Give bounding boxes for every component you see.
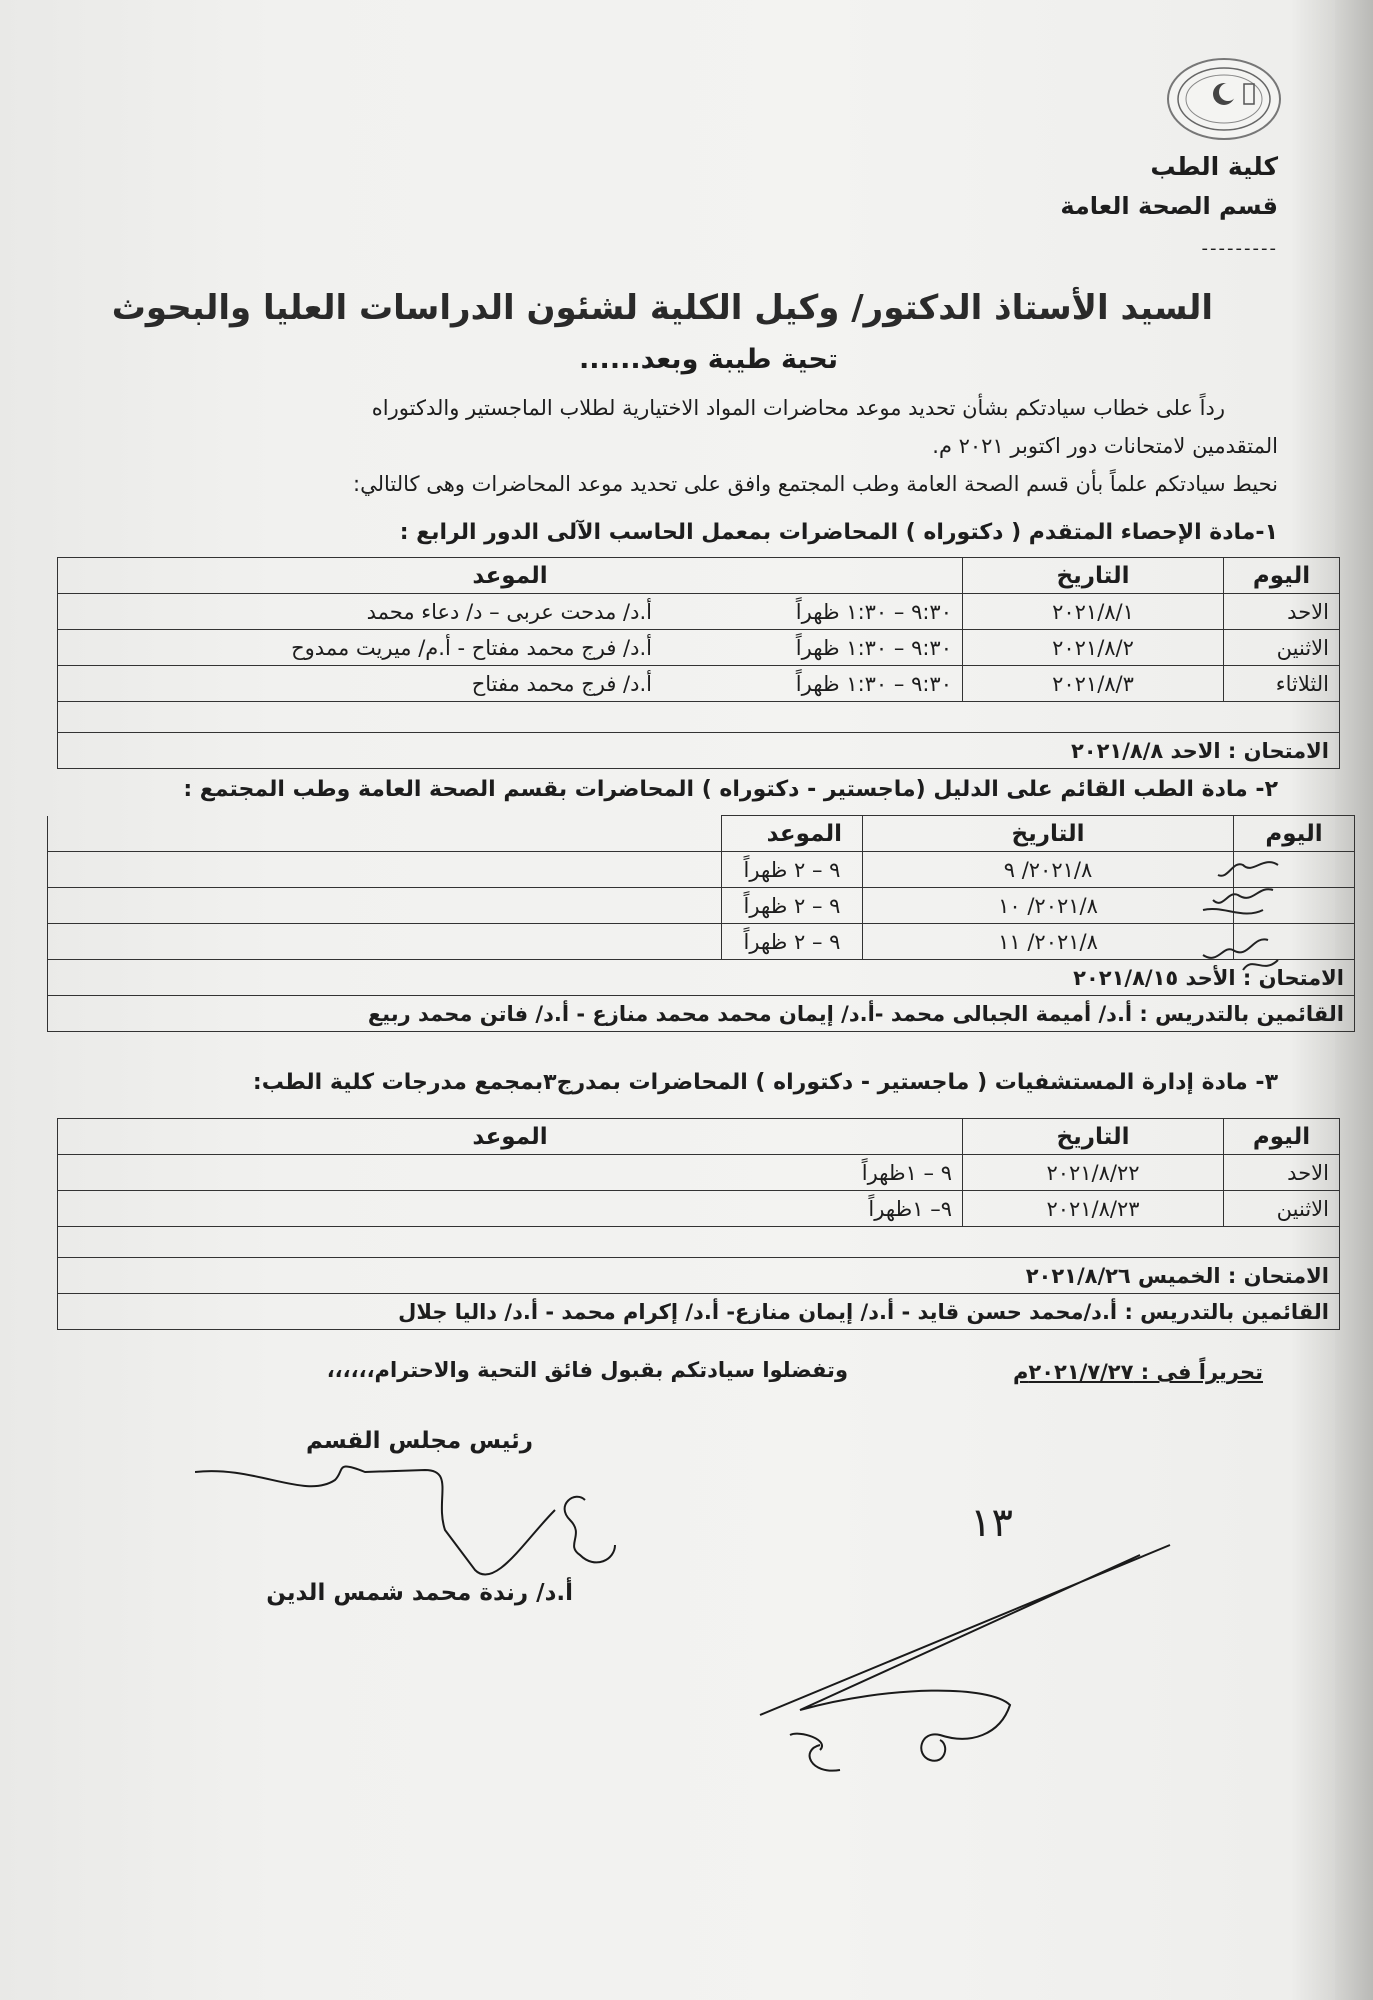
table-row: ٢٠٢١/٨/ ١١ ٩ – ٢ ظهراً <box>48 924 1355 960</box>
table-header-row: اليوم التاريخ الموعد <box>58 1119 1340 1155</box>
crescent-logo-icon <box>1174 64 1274 134</box>
instructors-row: القائمين بالتدريس : أ.د/ أميمة الجبالى م… <box>48 996 1355 1032</box>
section-2-title: ٢- مادة الطب القائم على الدليل (ماجستير … <box>183 777 1278 802</box>
table-row: الاحد ٢٠٢١/٨/٢٢ ٩ – ١ظهراً <box>58 1155 1340 1191</box>
exam-row: الامتحان : الخميس ٢٠٢١/٨/٢٦ <box>58 1258 1340 1294</box>
exam-date: الامتحان : الاحد ٢٠٢١/٨/٨ <box>58 733 1340 769</box>
paragraph-line-3: نحيط سيادتكم علماً بأن قسم الصحة العامة … <box>353 472 1278 496</box>
signature-scribble-1 <box>195 1460 635 1600</box>
section-3-title: ٣- مادة إدارة المستشفيات ( ماجستير - دكت… <box>253 1070 1278 1095</box>
cell-time: ٩:٣٠ – ١:٣٠ ظهراًأ.د/ مدحت عربى – د/ دعا… <box>58 594 963 630</box>
signatory-title: رئيس مجلس القسم <box>306 1428 533 1454</box>
cell-time: ٩ – ٢ ظهراً <box>722 852 863 888</box>
exam-date: الامتحان : الأحد ٢٠٢١/٨/١٥ <box>48 960 1355 996</box>
time-value: ٩:٣٠ – ١:٣٠ ظهراً <box>682 600 952 624</box>
cell-date: ٢٠٢١/٨/١ <box>963 594 1224 630</box>
section-2-table: اليوم التاريخ الموعد ٢٠٢١/٨/ ٩ ٩ – ٢ ظهر… <box>47 815 1355 1032</box>
cell-day <box>1234 852 1355 888</box>
header-time: الموعد <box>58 558 963 594</box>
header-day: اليوم <box>1224 558 1340 594</box>
cell-time: ٩ – ٢ ظهراً <box>722 888 863 924</box>
instructor-value: أ.د/ مدحت عربى – د/ دعاء محمد <box>367 600 682 624</box>
table-header-row: اليوم التاريخ الموعد <box>58 558 1340 594</box>
cell-date: ٢٠٢١/٨/٣ <box>963 666 1224 702</box>
time-value: ٩– ١ظهراً <box>782 1197 952 1221</box>
header-separator: --------- <box>1202 238 1278 259</box>
faculty-name: كلية الطب <box>1150 152 1278 181</box>
handwritten-page-number: ١٣ <box>970 1500 1013 1546</box>
cell-day <box>1234 888 1355 924</box>
cell-time: ٩ – ٢ ظهراً <box>722 924 863 960</box>
table-row-blank <box>58 1227 1340 1258</box>
exam-row: الامتحان : الاحد ٢٠٢١/٨/٨ <box>58 733 1340 769</box>
signature-scribble-2 <box>740 1535 1180 1785</box>
cell-time: ٩ – ١ظهراً <box>58 1155 963 1191</box>
table-row: الاحد ٢٠٢١/٨/١ ٩:٣٠ – ١:٣٠ ظهراًأ.د/ مدح… <box>58 594 1340 630</box>
header-date: التاريخ <box>863 816 1234 852</box>
header-date: التاريخ <box>963 1119 1224 1155</box>
table-row: الاثنين ٢٠٢١/٨/٢٣ ٩– ١ظهراً <box>58 1191 1340 1227</box>
table-row: الثلاثاء ٢٠٢١/٨/٣ ٩:٣٠ – ١:٣٠ ظهراًأ.د/ … <box>58 666 1340 702</box>
cell-date: ٢٠٢١/٨/ ٩ <box>863 852 1234 888</box>
instructors-row: القائمين بالتدريس : أ.د/محمد حسن قايد - … <box>58 1294 1340 1330</box>
instructors-list: القائمين بالتدريس : أ.د/محمد حسن قايد - … <box>58 1294 1340 1330</box>
exam-date: الامتحان : الخميس ٢٠٢١/٨/٢٦ <box>58 1258 1340 1294</box>
section-1-title: ١-مادة الإحصاء المتقدم ( دكتوراه ) المحا… <box>400 520 1278 545</box>
table-header-row: اليوم التاريخ الموعد <box>48 816 1355 852</box>
closing-line: وتفضلوا سيادتكم بقبول فائق التحية والاحت… <box>327 1358 848 1382</box>
instructors-list: القائمين بالتدريس : أ.د/ أميمة الجبالى م… <box>48 996 1355 1032</box>
section-1-table: اليوم التاريخ الموعد الاحد ٢٠٢١/٨/١ ٩:٣٠… <box>57 557 1340 769</box>
time-value: ٩:٣٠ – ١:٣٠ ظهراً <box>682 636 952 660</box>
header-time: الموعد <box>722 816 863 852</box>
cell-day: الاثنين <box>1224 1191 1340 1227</box>
cell-date: ٢٠٢١/٨/ ١٠ <box>863 888 1234 924</box>
paragraph-line-2: المتقدمين لامتحانات دور اكتوبر ٢٠٢١ م. <box>932 434 1278 458</box>
section-3-table: اليوم التاريخ الموعد الاحد ٢٠٢١/٨/٢٢ ٩ –… <box>57 1118 1340 1330</box>
header-time: الموعد <box>58 1119 963 1155</box>
cell-date: ٢٠٢١/٨/٢ <box>963 630 1224 666</box>
header-date: التاريخ <box>963 558 1224 594</box>
table-row-blank <box>58 702 1340 733</box>
table-row: ٢٠٢١/٨/ ١٠ ٩ – ٢ ظهراً <box>48 888 1355 924</box>
time-value: ٩ – ١ظهراً <box>782 1161 952 1185</box>
cell-time: ٩:٣٠ – ١:٣٠ ظهراًأ.د/ فرج محمد مفتاح <box>58 666 963 702</box>
cell-day <box>1234 924 1355 960</box>
cell-date: ٢٠٢١/٨/٢٢ <box>963 1155 1224 1191</box>
instructor-value: أ.د/ فرج محمد مفتاح <box>472 672 682 696</box>
department-name: قسم الصحة العامة <box>1060 192 1278 220</box>
cell-day: الثلاثاء <box>1224 666 1340 702</box>
header-day: اليوم <box>1224 1119 1340 1155</box>
table-row: ٢٠٢١/٨/ ٩ ٩ – ٢ ظهراً <box>48 852 1355 888</box>
cell-time: ٩:٣٠ – ١:٣٠ ظهراًأ.د/ فرج محمد مفتاح - أ… <box>58 630 963 666</box>
cell-date: ٢٠٢١/٨/٢٣ <box>963 1191 1224 1227</box>
cell-time: ٩– ١ظهراً <box>58 1191 963 1227</box>
exam-row: الامتحان : الأحد ٢٠٢١/٨/١٥ <box>48 960 1355 996</box>
signatory-name: أ.د/ رندة محمد شمس الدين <box>266 1580 573 1606</box>
addressee-title: السيد الأستاذ الدكتور/ وكيل الكلية لشئون… <box>112 288 1213 328</box>
cell-day: الاثنين <box>1224 630 1340 666</box>
time-value: ٩:٣٠ – ١:٣٠ ظهراً <box>682 672 952 696</box>
greeting: تحية طيبة وبعد...... <box>579 344 838 375</box>
instructor-value: أ.د/ فرج محمد مفتاح - أ.م/ ميريت ممدوح <box>291 636 682 660</box>
header-day: اليوم <box>1234 816 1355 852</box>
written-on-date: تحريراً فى : ٢٠٢١/٧/٢٧م <box>1013 1360 1263 1384</box>
faculty-logo <box>1167 58 1281 140</box>
cell-day: الاحد <box>1224 594 1340 630</box>
cell-date: ٢٠٢١/٨/ ١١ <box>863 924 1234 960</box>
paragraph-line-1: رداً على خطاب سيادتكم بشأن تحديد موعد مح… <box>372 396 1225 420</box>
cell-day: الاحد <box>1224 1155 1340 1191</box>
table-row: الاثنين ٢٠٢١/٨/٢ ٩:٣٠ – ١:٣٠ ظهراًأ.د/ ف… <box>58 630 1340 666</box>
